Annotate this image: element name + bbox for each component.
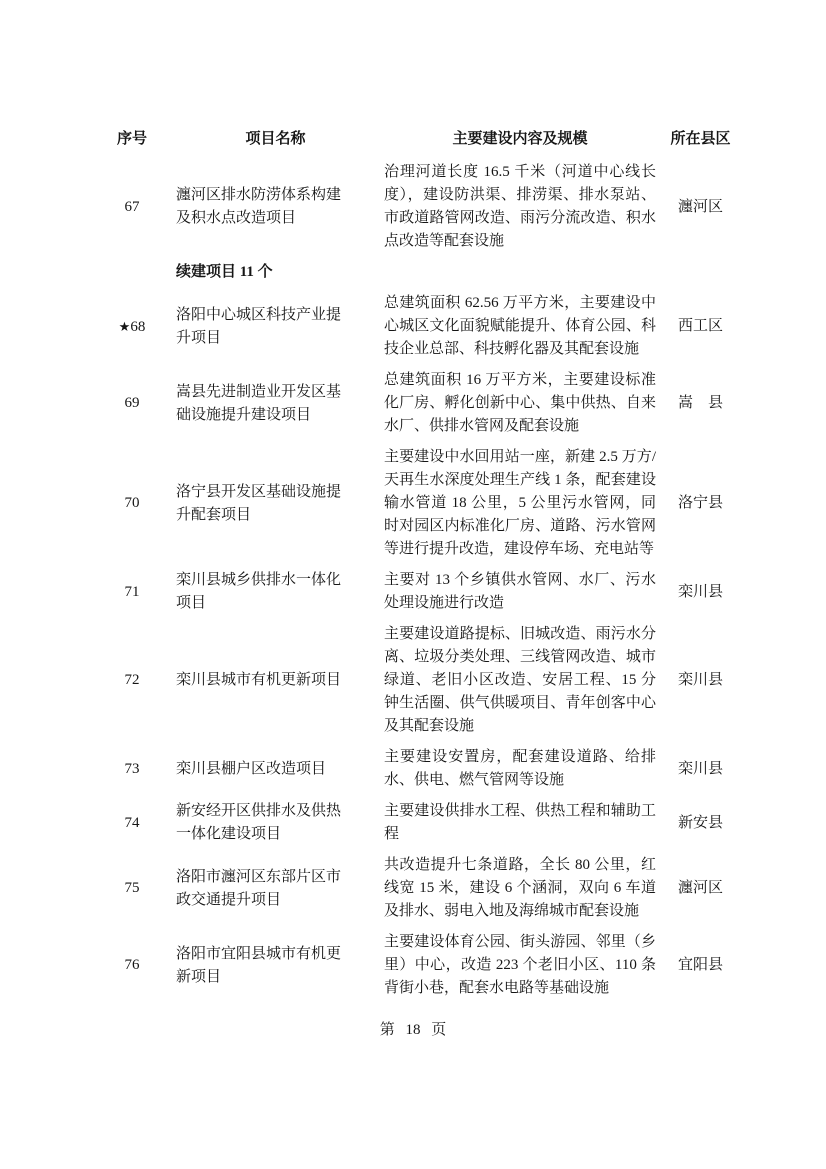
district: 宜阳县 [656,927,745,1004]
section-header-row: 续建项目 11 个 [100,257,745,288]
table-body: 67瀍河区排水防涝体系构建及积水点改造项目治理河道长度 16.5 千米（河道中心… [100,157,745,1004]
table-row: ★68洛阳中心城区科技产业提升项目总建筑面积 62.56 万平方米，主要建设中心… [100,288,745,365]
district: 洛宁县 [656,442,745,565]
seq-number: 72 [100,619,164,742]
star-icon: ★ [119,319,131,334]
district: 栾川县 [656,619,745,742]
construction-content: 治理河道长度 16.5 千米（河道中心线长度），建设防洪渠、排涝渠、排水泵站、市… [375,157,656,257]
seq-number: 69 [100,365,164,442]
seq-number: 74 [100,796,164,850]
project-name: 瀍河区排水防涝体系构建及积水点改造项目 [164,157,375,257]
district: 新安县 [656,796,745,850]
table-row: 67瀍河区排水防涝体系构建及积水点改造项目治理河道长度 16.5 千米（河道中心… [100,157,745,257]
project-name: 洛阳市宜阳县城市有机更新项目 [164,927,375,1004]
header-district: 所在县区 [656,128,745,157]
seq-number: 76 [100,927,164,1004]
table-row: 76洛阳市宜阳县城市有机更新项目主要建设体育公园、街头游园、邻里（乡里）中心，改… [100,927,745,1004]
project-name: 栾川县城市有机更新项目 [164,619,375,742]
table-header-row: 序号 项目名称 主要建设内容及规模 所在县区 [100,128,745,157]
construction-content: 主要建设安置房，配套建设道路、给排水、供电、燃气管网等设施 [375,742,656,796]
header-project-name: 项目名称 [164,128,375,157]
page-footer: 第 18 页 [0,1018,826,1039]
construction-content: 总建筑面积 16 万平方米，主要建设标准化厂房、孵化创新中心、集中供热、自来水厂… [375,365,656,442]
project-name: 洛阳市瀍河区东部片区市政交通提升项目 [164,850,375,927]
section-label: 续建项目 11 个 [100,257,745,288]
project-name: 洛阳中心城区科技产业提升项目 [164,288,375,365]
header-construction-content: 主要建设内容及规模 [375,128,656,157]
construction-content: 主要建设供排水工程、供热工程和辅助工程 [375,796,656,850]
seq-number: 75 [100,850,164,927]
table-row: 72栾川县城市有机更新项目主要建设道路提标、旧城改造、雨污水分离、垃圾分类处理、… [100,619,745,742]
table-row: 73栾川县棚户区改造项目主要建设安置房，配套建设道路、给排水、供电、燃气管网等设… [100,742,745,796]
table-row: 74新安经开区供排水及供热一体化建设项目主要建设供排水工程、供热工程和辅助工程新… [100,796,745,850]
construction-content: 总建筑面积 62.56 万平方米，主要建设中心城区文化面貌赋能提升、体育公园、科… [375,288,656,365]
district: 瀍河区 [656,850,745,927]
header-seq-number: 序号 [100,128,164,157]
project-name: 嵩县先进制造业开发区基础设施提升建设项目 [164,365,375,442]
seq-number: ★68 [100,288,164,365]
project-name: 新安经开区供排水及供热一体化建设项目 [164,796,375,850]
construction-content: 主要建设道路提标、旧城改造、雨污水分离、垃圾分类处理、三线管网改造、城市绿道、老… [375,619,656,742]
table-row: 69嵩县先进制造业开发区基础设施提升建设项目总建筑面积 16 万平方米，主要建设… [100,365,745,442]
district: 瀍河区 [656,157,745,257]
district: 栾川县 [656,742,745,796]
project-name: 栾川县棚户区改造项目 [164,742,375,796]
district: 西工区 [656,288,745,365]
construction-content: 主要对 13 个乡镇供水管网、水厂、污水处理设施进行改造 [375,565,656,619]
table-row: 75洛阳市瀍河区东部片区市政交通提升项目共改造提升七条道路，全长 80 公里，红… [100,850,745,927]
seq-number: 70 [100,442,164,565]
page-number: 第 18 页 [380,1022,447,1038]
document-page: 序号 项目名称 主要建设内容及规模 所在县区 67瀍河区排水防涝体系构建及积水点… [0,0,826,1169]
seq-number: 67 [100,157,164,257]
project-name: 洛宁县开发区基础设施提升配套项目 [164,442,375,565]
construction-content: 共改造提升七条道路，全长 80 公里，红线宽 15 米，建设 6 个涵洞，双向 … [375,850,656,927]
seq-number: 73 [100,742,164,796]
district: 栾川县 [656,565,745,619]
table-row: 71栾川县城乡供排水一体化项目主要对 13 个乡镇供水管网、水厂、污水处理设施进… [100,565,745,619]
seq-number: 71 [100,565,164,619]
project-name: 栾川县城乡供排水一体化项目 [164,565,375,619]
district: 嵩 县 [656,365,745,442]
construction-content: 主要建设中水回用站一座，新建 2.5 万方/天再生水深度处理生产线 1 条，配套… [375,442,656,565]
construction-content: 主要建设体育公园、街头游园、邻里（乡里）中心，改造 223 个老旧小区、110 … [375,927,656,1004]
projects-table: 序号 项目名称 主要建设内容及规模 所在县区 67瀍河区排水防涝体系构建及积水点… [100,128,745,1004]
table-row: 70洛宁县开发区基础设施提升配套项目主要建设中水回用站一座，新建 2.5 万方/… [100,442,745,565]
